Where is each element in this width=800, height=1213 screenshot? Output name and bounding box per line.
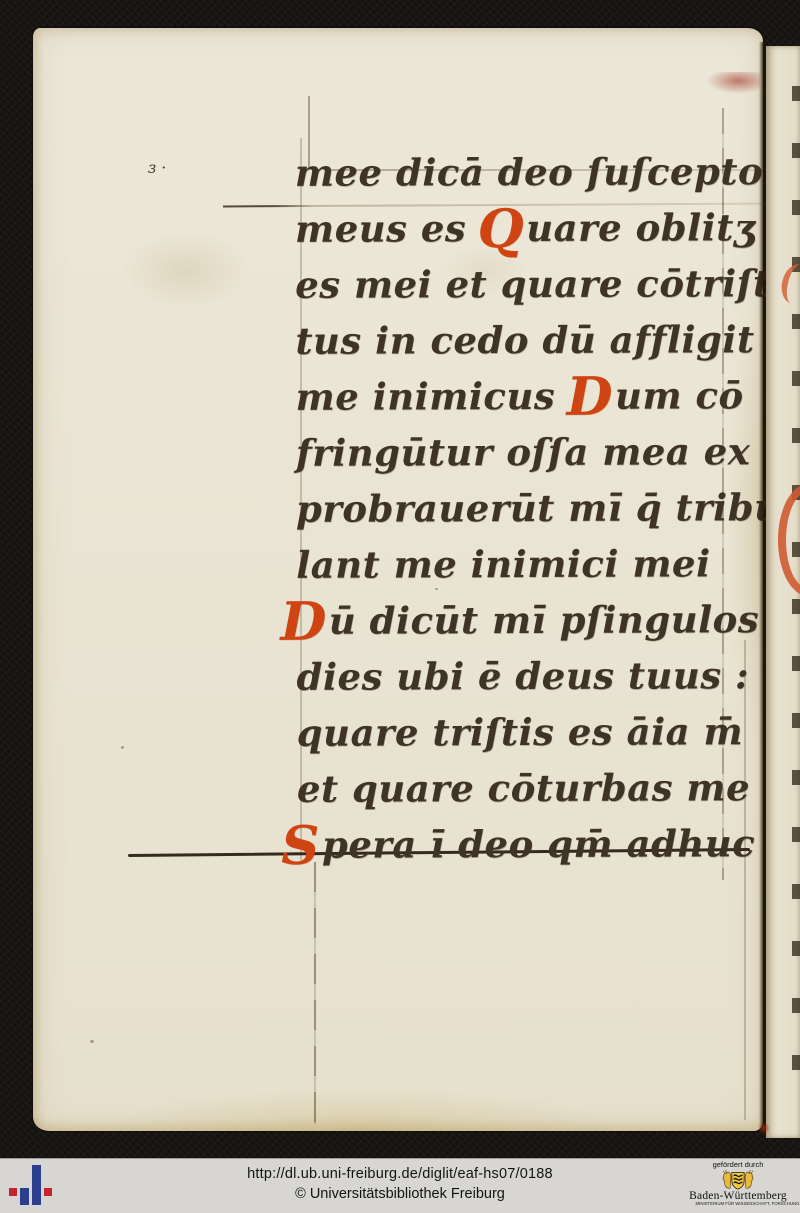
text-run: meus es: [295, 206, 480, 251]
book-scan-viewport: ɜ · mee dicā deo ſuſceptormeus es Quare …: [0, 0, 800, 1213]
manuscript-line: mee dicā deo ſuſceptor: [295, 149, 765, 207]
baden-wuerttemberg-coat-of-arms-icon: [718, 1169, 758, 1190]
facing-page-edge: [766, 46, 800, 1138]
manuscript-line: Dū dicūt mī pſingulos: [296, 597, 766, 655]
facing-page-rubric-initial: [778, 484, 800, 596]
caption-bar: http://dl.ub.uni-freiburg.de/diglit/eaf-…: [0, 1158, 800, 1213]
manuscript-line: tus in cedo dū affligit: [295, 317, 765, 375]
text-run: mee dicā deo ſuſceptor: [295, 149, 783, 195]
rubric-initial: D: [566, 366, 613, 428]
funding-region: Baden-Württemberg: [679, 1190, 797, 1202]
text-run: um cō: [615, 373, 744, 417]
text-run: me inimicus: [296, 374, 569, 419]
facing-page-cutoff-text: [792, 86, 800, 1106]
rubric-initial: S: [281, 815, 320, 877]
manuscript-line: Spera ī deo qm̄ adhuc: [297, 821, 767, 879]
manuscript-line: meus es Quare oblitʒ: [295, 205, 765, 263]
text-run: pera ī deo qm̄ adhuc: [322, 821, 755, 867]
text-run: probrauerūt mī q̄ tribu: [296, 485, 782, 531]
funding-block: gefördert durch Baden-Württemberg MINIST…: [679, 1160, 797, 1208]
manuscript-line: probrauerūt mī q̄ tribu: [296, 485, 766, 543]
facing-page-rubric-fragment: [778, 261, 800, 307]
manuscript-line: et quare cōturbas me: [297, 765, 767, 823]
funding-label: gefördert durch: [679, 1160, 797, 1169]
text-block: mee dicā deo ſuſceptormeus es Quare obli…: [295, 149, 768, 879]
manuscript-line: es mei et quare cōtriſtā: [295, 261, 765, 319]
ink-speck: [90, 1040, 94, 1043]
manuscript-line: quare triſtis es āia m̄: [297, 709, 767, 767]
ink-speck: [121, 746, 124, 749]
manuscript-line: fringūtur oſſa mea ex: [296, 429, 766, 487]
text-run: fringūtur oſſa mea ex: [296, 429, 751, 475]
text-run: es mei et quare cōtriſtā: [295, 261, 795, 307]
red-fiber-top: [706, 72, 760, 94]
manuscript-line: lant me inimici mei: [296, 541, 766, 599]
funding-ministry: MINISTERIUM FÜR WISSENSCHAFT, FORSCHUNG …: [696, 1202, 781, 1206]
rubric-initial: Q: [477, 198, 524, 260]
text-run: et quare cōturbas me: [297, 765, 750, 811]
red-fiber-bottom: [758, 1122, 770, 1134]
manuscript-line: me inimicus Dum cō: [296, 373, 766, 431]
manuscript-line: dies ubi ē deus tuus :: [296, 653, 766, 711]
text-run: dies ubi ē deus tuus :: [296, 653, 749, 699]
text-run: uare oblitʒ: [526, 205, 755, 250]
text-run: quare triſtis es āia m̄: [297, 709, 744, 755]
text-run: tus in cedo dū affligit: [295, 317, 754, 363]
marginal-mark: ɜ ·: [148, 158, 166, 177]
text-run: lant me inimici mei: [296, 541, 711, 586]
rubric-initial: D: [280, 591, 327, 653]
text-run: ū dicūt mī pſingulos: [329, 597, 759, 643]
